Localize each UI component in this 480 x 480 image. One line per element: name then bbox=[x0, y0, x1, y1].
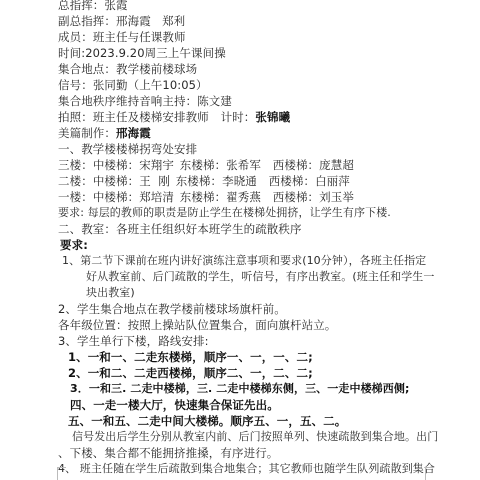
middle-stair: 中楼梯：王 刚 bbox=[93, 174, 170, 188]
section1-title: 一、教学楼楼梯拐弯处安排 bbox=[58, 141, 438, 157]
value: 陈文建 bbox=[197, 94, 232, 108]
section1-requirement: 要求: 每层的教师的职责是防止学生在楼梯处拥挤，让学生有序下楼. bbox=[58, 205, 438, 221]
item1-line3: 块出教室) bbox=[58, 285, 438, 301]
label: 总指挥： bbox=[58, 0, 104, 12]
page-corner-mark-left bbox=[57, 467, 66, 480]
middle-stair: 中楼梯：郑培清 bbox=[93, 190, 174, 204]
editor-line: 美篇制作：邢海霞 bbox=[58, 125, 438, 141]
item1-line2: 好从教室前、后门疏散的学生，听信号，有序出教室。(班主任和学生一 bbox=[58, 269, 438, 285]
timer-value: 张锦曦 bbox=[255, 110, 290, 124]
signal-line: 信号：张同勤（上午10:05） bbox=[58, 77, 438, 93]
members-line: 成员：班主任与任课教师 bbox=[58, 29, 438, 45]
item4-line: 4、 班主任随在学生后疏散到集合地集合；其它教师也随学生队列疏散到集合 bbox=[58, 461, 438, 477]
grade-position-line: 各年级位置：按照上操站队位置集合，面向旗杆站立。 bbox=[58, 317, 438, 333]
floor: 二楼： bbox=[58, 174, 93, 188]
item2-line: 2、学生集合地点在教学楼前楼球场旗杆前。 bbox=[58, 301, 438, 317]
route-1: 1、一和一、二走东楼梯，顺序一、一，一、二; bbox=[58, 349, 438, 365]
value: 张同勤（上午10:05） bbox=[93, 78, 208, 92]
value: 班主任与任课教师 bbox=[93, 30, 186, 44]
route-3: 3．一和三. 二走中楼梯，三. 二走中楼梯东侧，三、一走中楼梯西侧; bbox=[58, 381, 438, 397]
floor-2-line: 二楼：中楼梯：王 刚 东楼梯：李晓通 西楼梯：白丽萍 bbox=[58, 173, 438, 189]
floor-1-line: 一楼：中楼梯：郑培清 东楼梯：翟秀燕 西楼梯：刘玉举 bbox=[58, 189, 438, 205]
value: 教学楼前楼球场 bbox=[116, 62, 197, 76]
value: 张霞 bbox=[104, 0, 127, 12]
route-2: 2、一和二、二走西楼梯，顺序二、一，二、二; bbox=[58, 365, 438, 381]
middle-stair: 中楼梯：宋翔宇 bbox=[93, 158, 174, 172]
value: 邢海霞 bbox=[116, 126, 151, 140]
label: 时间: bbox=[58, 46, 85, 60]
label: 集合地秩序维持音响主持： bbox=[58, 94, 197, 108]
route-5: 五、一和五、二走中间大楼梯。顺序五、一，五、二。 bbox=[58, 413, 438, 429]
label: 信号： bbox=[58, 78, 93, 92]
requirement-heading: 要求: bbox=[58, 237, 438, 253]
floor: 三楼： bbox=[58, 158, 93, 172]
signal-line1: 信号发出后学生分别从教室内前、后门按照单列、快速疏散到集合地。出门 bbox=[58, 429, 438, 445]
west-stair: 西楼梯：白丽萍 bbox=[269, 174, 350, 188]
label: 集合地点： bbox=[58, 62, 116, 76]
west-stair: 西楼梯：刘玉举 bbox=[273, 190, 354, 204]
time-line: 时间:2023.9.20周三上午课间操 bbox=[58, 45, 438, 61]
item3-line: 3、学生单行下楼，路线安排: bbox=[58, 333, 438, 349]
deputy-commander-line: 副总指挥：邢海霞 郑利 bbox=[58, 13, 438, 29]
floor: 一楼： bbox=[58, 190, 93, 204]
west-stair: 西楼梯：庞慧超 bbox=[273, 158, 354, 172]
commander-line: 总指挥：张霞 bbox=[58, 0, 438, 13]
section2-title: 二、教室：各班主任组织好本班学生的疏散秩序 bbox=[58, 221, 438, 237]
item1-line1: 1、第二节下课前在班内讲好演练注意事项和要求(10分钟），各班主任指定 bbox=[58, 253, 438, 269]
value: 班主任及楼梯安排教师 bbox=[93, 110, 209, 124]
order-host-line: 集合地秩序维持音响主持：陈文建 bbox=[58, 93, 438, 109]
document-body: 总指挥：张霞 副总指挥：邢海霞 郑利 成员：班主任与任课教师 时间:2023.9… bbox=[58, 0, 438, 477]
location-line: 集合地点：教学楼前楼球场 bbox=[58, 61, 438, 77]
east-stair: 东楼梯：张希军 bbox=[180, 158, 261, 172]
timer-label: 计时： bbox=[221, 110, 256, 124]
value: 邢海霞 郑利 bbox=[116, 14, 185, 28]
value: 2023.9.20周三上午课间操 bbox=[85, 46, 226, 60]
label: 副总指挥： bbox=[58, 14, 116, 28]
floor-3-line: 三楼：中楼梯：宋翔宇 东楼梯：张希军 西楼梯：庞慧超 bbox=[58, 157, 438, 173]
photo-line: 拍照：班主任及楼梯安排教师 计时：张锦曦 bbox=[58, 109, 438, 125]
label: 拍照： bbox=[58, 110, 93, 124]
label: 成员： bbox=[58, 30, 93, 44]
signal-line2: 、下楼、集合都不能拥挤推搡，有序进行。 bbox=[58, 445, 438, 461]
page-corner-mark-right bbox=[425, 467, 434, 480]
east-stair: 东楼梯：李晓通 bbox=[176, 174, 257, 188]
route-4: 四、一走一楼大厅，快速集合保证先出。 bbox=[58, 397, 438, 413]
label: 美篇制作： bbox=[58, 126, 116, 140]
east-stair: 东楼梯：翟秀燕 bbox=[180, 190, 261, 204]
